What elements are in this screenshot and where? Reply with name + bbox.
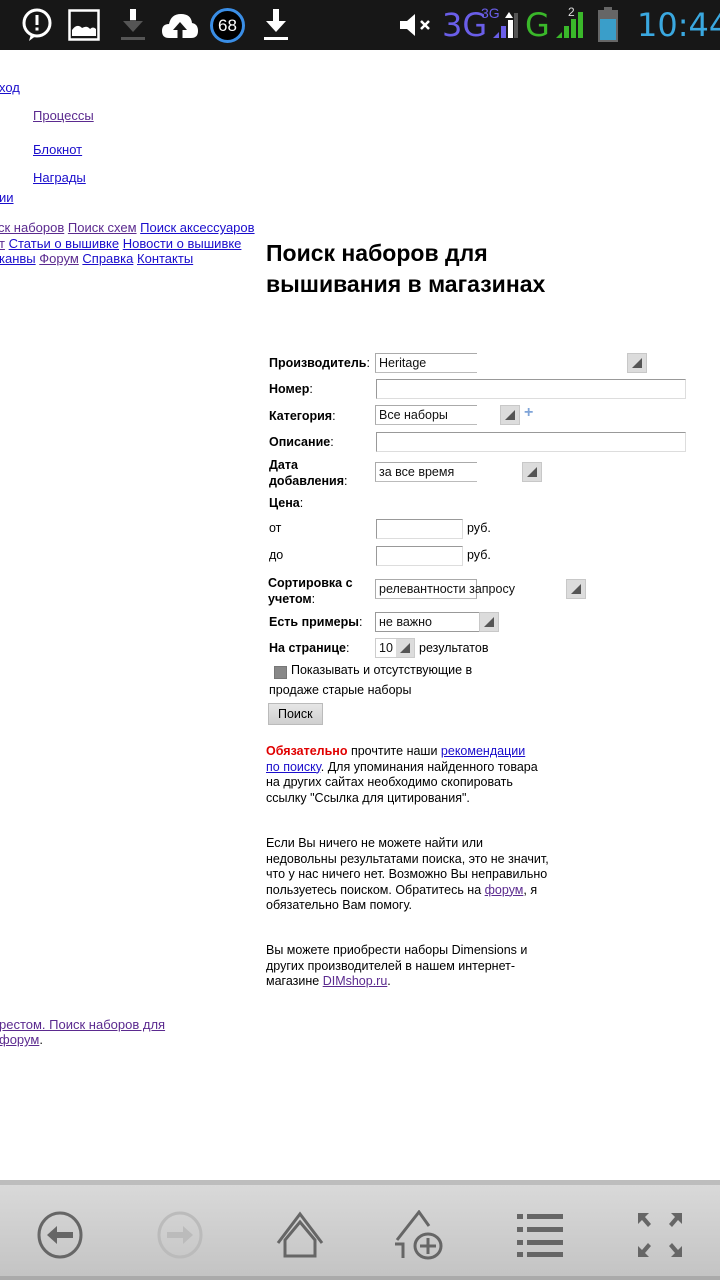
description-label: Описание: [269,434,334,450]
forum-help-link[interactable]: форум [485,883,524,897]
price-to-currency: руб. [467,548,491,562]
date-added-dropdown-arrow-icon[interactable] [522,462,542,482]
awards-link[interactable]: Награды [33,170,86,185]
top-nav-link[interactable] [209,50,249,55]
shop-paragraph: Вы можете приобрести наборы Dimensions и… [266,943,551,990]
home-icon [275,1210,325,1260]
price-from-currency: руб. [467,521,491,535]
back-button[interactable] [30,1205,90,1265]
back-arrow-icon [35,1210,85,1260]
signal-sim1-icon [490,8,520,42]
description-input[interactable] [376,432,686,452]
forum-nav-link[interactable]: Форум [39,251,79,266]
add-to-home-button[interactable] [390,1205,450,1265]
add-category-plus-icon[interactable]: + [524,404,533,422]
network-type-sim2: G [525,6,550,44]
add-to-home-icon [393,1210,447,1260]
search-help-paragraph: Если Вы ничего не можете найти или недов… [266,836,551,914]
web-page: ход Процессы Блокнот Награды ии ск набор… [0,50,720,1180]
has-examples-label: Есть примеры: [269,614,362,630]
top-nav-cut-off [0,50,249,58]
fullscreen-button[interactable] [630,1205,690,1265]
contacts-link[interactable]: Контакты [137,251,193,266]
per-page-label: На странице: [269,640,349,656]
signal-sim2-icon [553,8,585,42]
status-bar: 68 3G 3G G 2 10:44 [0,0,720,50]
top-nav-link[interactable] [0,50,16,55]
cloud-upload-icon [161,8,199,42]
forward-arrow-icon [155,1210,205,1260]
nav-row-3: канвы Форум Справка Контакты [0,251,193,266]
search-button[interactable]: Поиск [268,703,323,725]
manufacturer-select[interactable]: Heritage [375,353,477,373]
menu-list-button[interactable] [510,1205,570,1265]
notebook-link[interactable]: Блокнот [33,142,82,157]
clock: 10:44 [637,6,720,44]
show-missing-checkbox[interactable] [274,666,287,679]
pattern-search-link[interactable]: Поиск схем [68,220,137,235]
kit-search-link[interactable]: ск наборов [0,220,64,235]
top-nav-link[interactable] [24,50,64,55]
date-added-label: Датадобавления: [269,457,348,489]
show-missing-label-line2: продаже старые наборы [269,683,411,697]
footer-kit-search-link[interactable]: рестом. Поиск наборов для [0,1017,165,1032]
notification-count-badge: 68 [210,8,245,43]
browser-toolbar [0,1180,720,1280]
number-input[interactable] [376,379,686,399]
help-link[interactable]: Справка [82,251,133,266]
page-title: Поиск наборов для вышивания в магазинах [266,238,546,300]
has-examples-dropdown-arrow-icon[interactable] [479,612,499,632]
download-icon [262,8,290,42]
required-label: Обязательно [266,744,347,758]
top-nav-link[interactable] [151,50,201,55]
nav-fragment-link[interactable]: ии [0,190,14,205]
login-link[interactable]: ход [0,80,20,95]
home-button[interactable] [270,1205,330,1265]
nav-row-2: т Статьи о вышивке Новости о вышивке [0,236,241,251]
canvas-link[interactable]: канвы [0,251,36,266]
manufacturer-dropdown-arrow-icon[interactable] [627,353,647,373]
category-dropdown-arrow-icon[interactable] [500,405,520,425]
forward-button[interactable] [150,1205,210,1265]
nav-fragment-t-link[interactable]: т [0,236,5,251]
footer-forum-link[interactable]: форум [0,1032,39,1047]
date-added-select[interactable]: за все время [375,462,477,482]
price-from-label: от [269,521,281,535]
volume-muted-icon [398,8,434,42]
price-to-label: до [269,548,283,562]
top-nav-link[interactable] [71,50,143,55]
processes-link[interactable]: Процессы [33,108,94,123]
list-icon [515,1210,565,1260]
price-to-input[interactable] [376,546,463,566]
show-missing-label-line1: Показывать и отсутствующие в [291,663,472,677]
number-label: Номер: [269,381,313,397]
sort-select[interactable]: релевантности запросу [375,579,477,599]
dimshop-link[interactable]: DIMshop.ru [323,974,388,988]
download-done-icon [118,8,148,42]
price-from-input[interactable] [376,519,463,539]
sort-label: Сортировка сучетом: [268,575,353,607]
news-link[interactable]: Новости о вышивке [123,236,242,251]
category-select[interactable]: Все наборы [375,405,477,425]
manufacturer-label: Производитель: [269,355,370,371]
accessory-search-link[interactable]: Поиск аксессуаров [140,220,254,235]
image-icon [67,8,101,42]
per-page-dropdown-arrow-icon[interactable] [396,639,414,657]
nav-row-1: ск наборов Поиск схем Поиск аксессуаров [0,220,255,235]
sort-dropdown-arrow-icon[interactable] [566,579,586,599]
alert-bubble-icon [20,8,54,42]
search-recommendation-notice: Обязательно прочтите наши рекомендациипо… [266,744,551,806]
footer-line-2: форум. [0,1032,43,1047]
battery-icon [595,8,621,42]
fullscreen-arrows-icon [635,1210,685,1260]
category-label: Категория: [269,408,336,424]
price-label: Цена: [269,495,303,511]
articles-link[interactable]: Статьи о вышивке [9,236,120,251]
per-page-suffix: результатов [419,641,488,655]
